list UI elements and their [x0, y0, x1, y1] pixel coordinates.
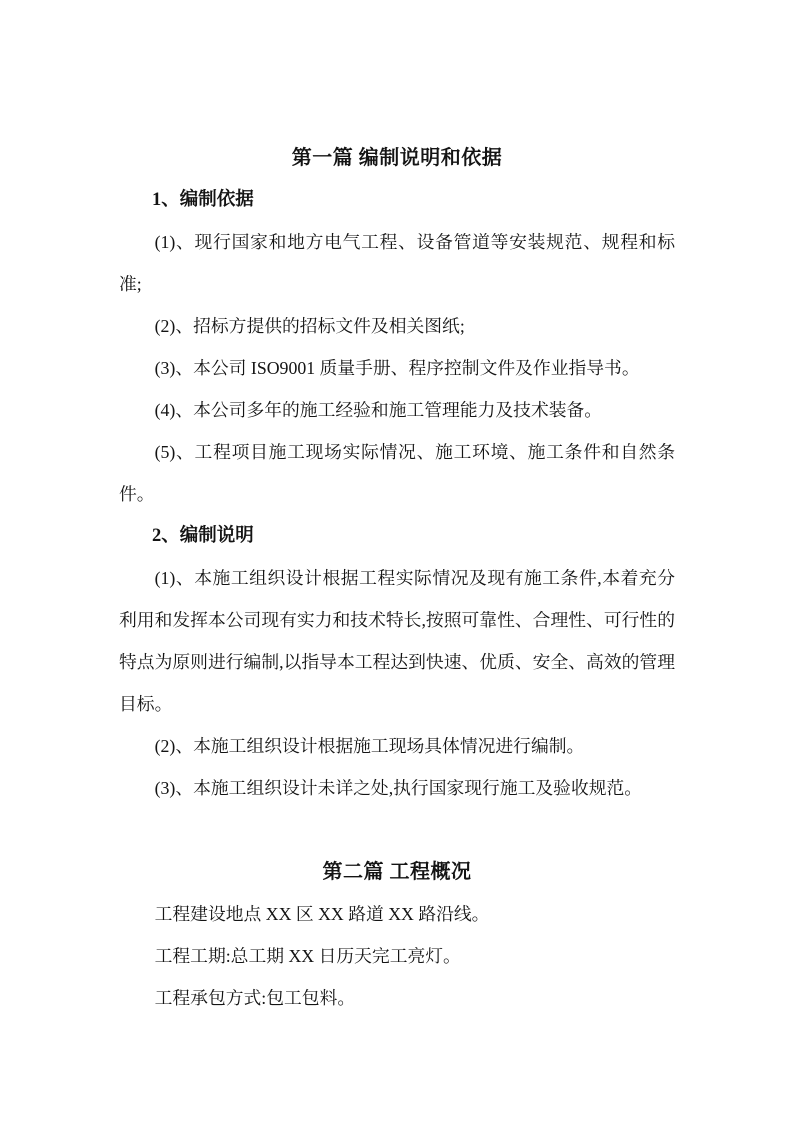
document-page: 第一篇 编制说明和依据 1、编制依据 (1)、现行国家和地方电气工程、设备管道等… [0, 0, 793, 1122]
basis-item-3: (3)、本公司 ISO9001 质量手册、程序控制文件及作业指导书。 [119, 347, 675, 389]
overview-line-contract-mode: 工程承包方式:包工包料。 [119, 977, 675, 1019]
basis-item-5: (5)、工程项目施工现场实际情况、施工环境、施工条件和自然条件。 [119, 431, 675, 515]
notes-item-1: (1)、本施工组织设计根据工程实际情况及现有施工条件,本着充分利用和发挥本公司现… [119, 557, 675, 725]
overview-line-duration: 工程工期:总工期 XX 日历天完工亮灯。 [119, 935, 675, 977]
notes-item-3: (3)、本施工组织设计未详之处,执行国家现行施工及验收规范。 [119, 767, 675, 809]
basis-item-1: (1)、现行国家和地方电气工程、设备管道等安装规范、规程和标准; [119, 221, 675, 305]
part2-title: 第二篇 工程概况 [119, 851, 675, 893]
basis-item-4: (4)、本公司多年的施工经验和施工管理能力及技术装备。 [119, 389, 675, 431]
part1-title: 第一篇 编制说明和依据 [119, 137, 675, 179]
notes-item-2: (2)、本施工组织设计根据施工现场具体情况进行编制。 [119, 725, 675, 767]
basis-item-2: (2)、招标方提供的招标文件及相关图纸; [119, 305, 675, 347]
part1-heading-compilation-notes: 2、编制说明 [152, 515, 675, 557]
part1-heading-compilation-basis: 1、编制依据 [152, 179, 675, 221]
overview-line-location: 工程建设地点 XX 区 XX 路道 XX 路沿线。 [119, 893, 675, 935]
